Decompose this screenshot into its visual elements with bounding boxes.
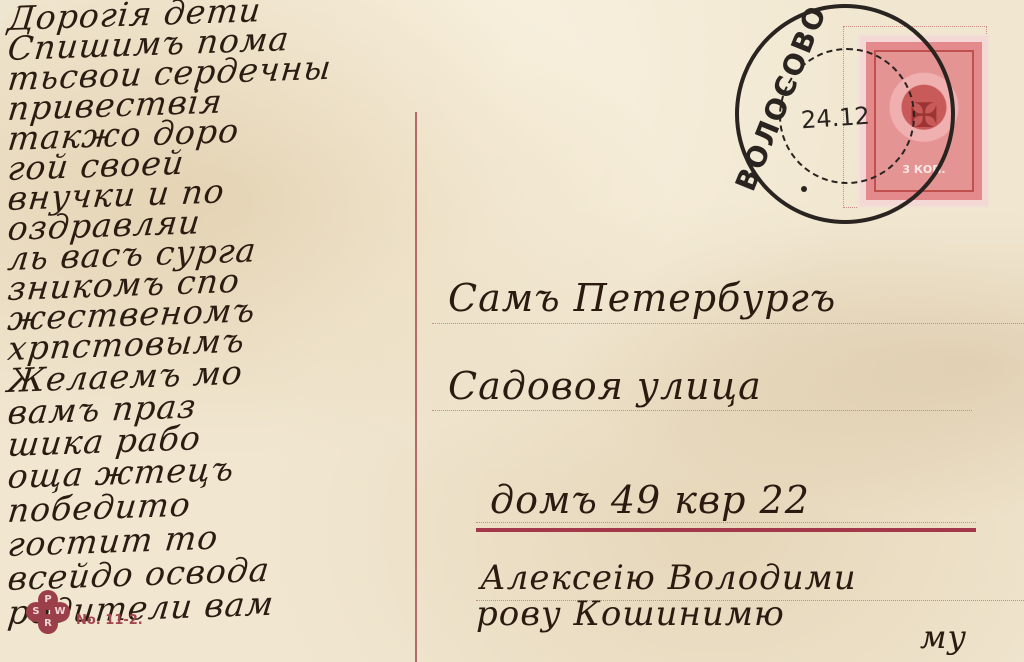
address-recipient-line1: Алексеію Володими (480, 558, 857, 598)
address-house: домъ 49 квр 22 (490, 478, 810, 522)
publisher-logo-icon: P S W R (26, 590, 70, 634)
address-city: Самъ Петербургъ (448, 276, 836, 320)
center-divider-line (415, 112, 417, 662)
address-recipient-line2: рову Кошинимю (476, 594, 785, 634)
address-rule-3 (476, 522, 976, 523)
logo-letter: R (38, 614, 58, 634)
publisher-number: No. 11-2. (76, 613, 143, 628)
postmark-date: 24.12 (800, 102, 871, 135)
address-recipient-line3: му (920, 618, 967, 656)
address-rule-solid (476, 528, 976, 532)
publisher-mark: P S W R No. 11-2. (26, 590, 143, 634)
postmark-dot (801, 186, 807, 192)
postmark-cancellation: ВОЛОСОВО 24.12 (735, 4, 955, 224)
address-street: Садовоя улица (448, 364, 762, 408)
address-rule-2 (432, 410, 972, 411)
postcard-back: Дорогія дети Спишимъ пома тьсвои сердечн… (0, 0, 1024, 662)
address-rule-1 (432, 323, 1024, 324)
